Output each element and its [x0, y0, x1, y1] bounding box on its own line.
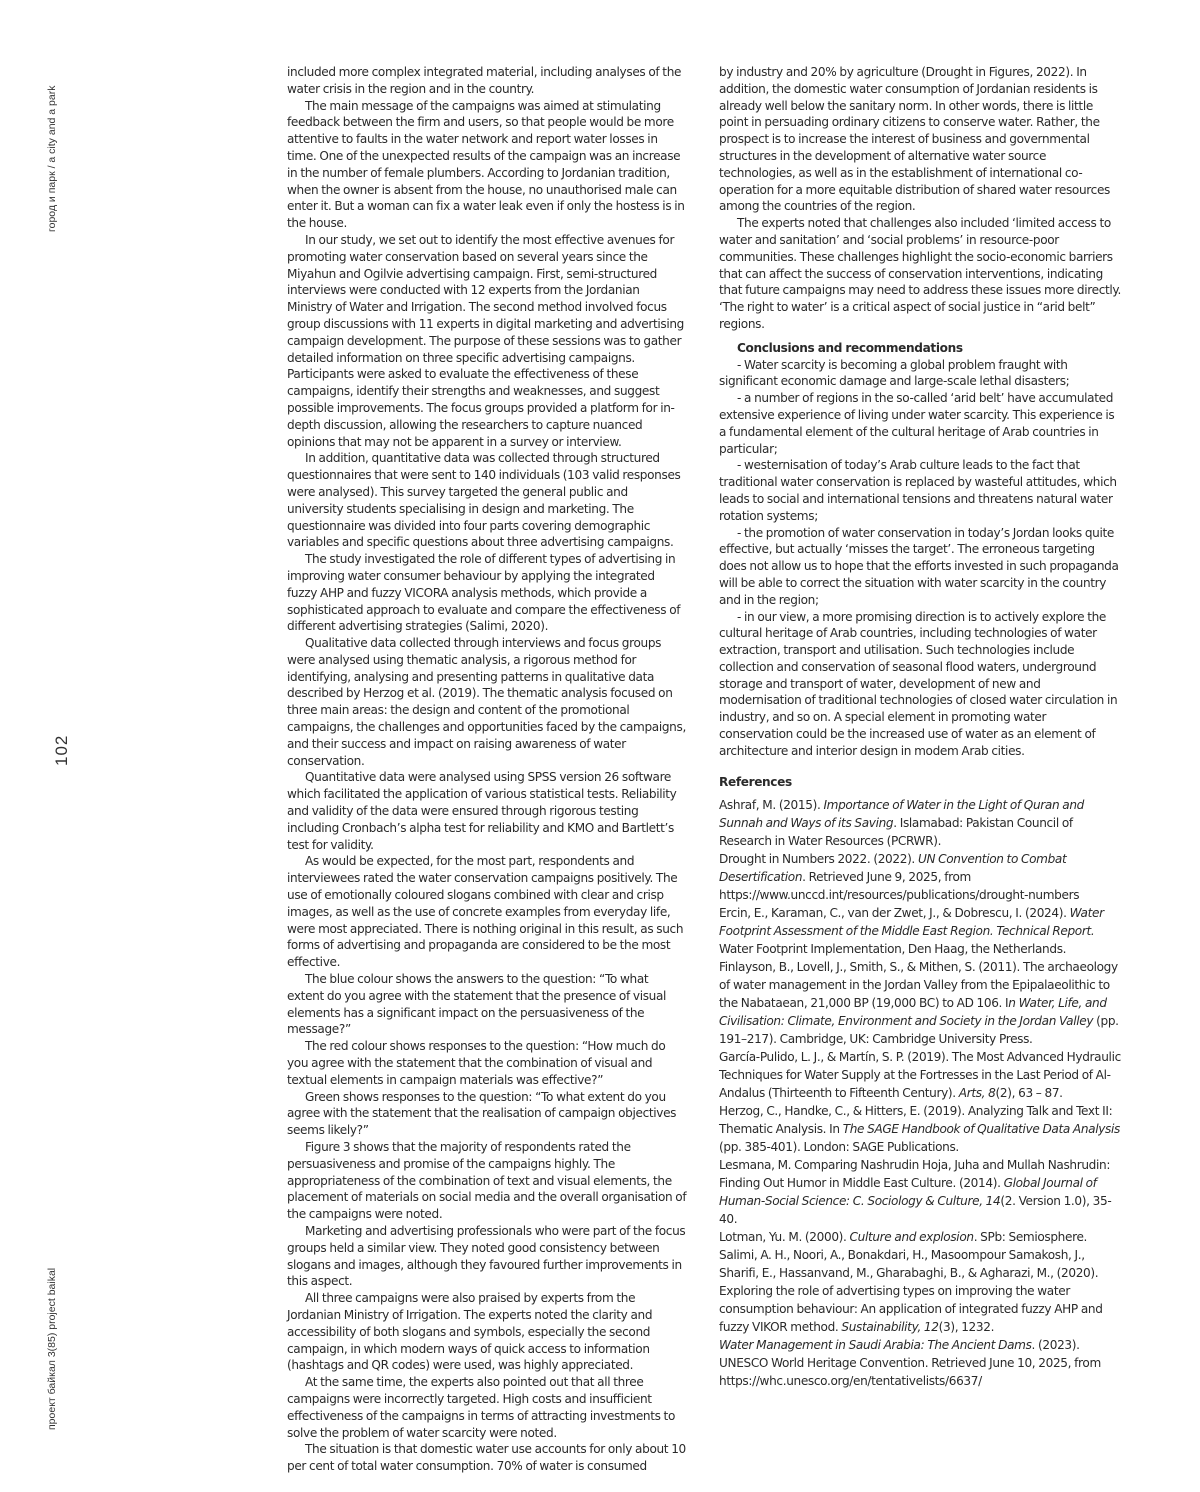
left-column: included more complex integrated materia…: [287, 64, 687, 1475]
paragraph: All three campaigns were also praised by…: [287, 1290, 687, 1374]
reference-item: Finlayson, B., Lovell, J., Smith, S., & …: [719, 958, 1121, 1048]
reference-item: Salimi, A. H., Noori, A., Bonakdari, H.,…: [719, 1246, 1121, 1336]
paragraph: Marketing and advertising professionals …: [287, 1223, 687, 1290]
reference-item: Water Management in Saudi Arabia: The An…: [719, 1336, 1121, 1390]
paragraph: The situation is that domestic water use…: [287, 1441, 687, 1475]
paragraph: Qualitative data collected through inter…: [287, 635, 687, 769]
paragraph: In addition, quantitative data was colle…: [287, 450, 687, 551]
paragraph: Figure 3 shows that the majority of resp…: [287, 1139, 687, 1223]
reference-item: Ashraf, M. (2015). Importance of Water i…: [719, 796, 1121, 850]
paragraph: The study investigated the role of diffe…: [287, 551, 687, 635]
right-column: by industry and 20% by agriculture (Drou…: [719, 64, 1121, 1390]
reference-item: Herzog, C., Handke, C., & Hitters, E. (2…: [719, 1102, 1121, 1156]
paragraph: Quantitative data were analysed using SP…: [287, 769, 687, 853]
paragraph: The experts noted that challenges also i…: [719, 215, 1121, 333]
paragraph: As would be expected, for the most part,…: [287, 853, 687, 971]
conclusion-item: - a number of regions in the so-called ‘…: [719, 390, 1121, 457]
paragraph: The main message of the campaigns was ai…: [287, 98, 687, 232]
reference-item: García-Pulido, L. J., & Martín, S. P. (2…: [719, 1048, 1121, 1102]
conclusion-item: - Water scarcity is becoming a global pr…: [719, 357, 1121, 391]
paragraph: by industry and 20% by agriculture (Drou…: [719, 64, 1121, 215]
reference-item: Lesmana, M. Comparing Nashrudin Hoja, Ju…: [719, 1156, 1121, 1228]
paragraph: The red colour shows responses to the qu…: [287, 1038, 687, 1088]
reference-item: Drought in Numbers 2022. (2022). UN Conv…: [719, 850, 1121, 904]
page-number: 102: [52, 735, 72, 766]
reference-item: Lotman, Yu. M. (2000). Culture and explo…: [719, 1228, 1121, 1246]
conclusion-item: - the promotion of water conservation in…: [719, 525, 1121, 609]
paragraph: The blue colour shows the answers to the…: [287, 971, 687, 1038]
paragraph: Green shows responses to the question: “…: [287, 1089, 687, 1139]
paragraph: included more complex integrated materia…: [287, 64, 687, 98]
conclusions-heading: Conclusions and recommendations: [719, 340, 1121, 357]
conclusion-item: - westernisation of today’s Arab culture…: [719, 457, 1121, 524]
paragraph: In our study, we set out to identify the…: [287, 232, 687, 450]
references-heading: References: [719, 774, 1121, 791]
paragraph: At the same time, the experts also point…: [287, 1374, 687, 1441]
reference-item: Ercin, E., Karaman, C., van der Zwet, J.…: [719, 904, 1121, 958]
margin-journal-label: проект байкал 3(85) project baikal: [46, 1268, 58, 1430]
conclusion-item: - in our view, a more promising directio…: [719, 609, 1121, 760]
margin-section-label: город и парк / a city and a park: [46, 86, 58, 232]
